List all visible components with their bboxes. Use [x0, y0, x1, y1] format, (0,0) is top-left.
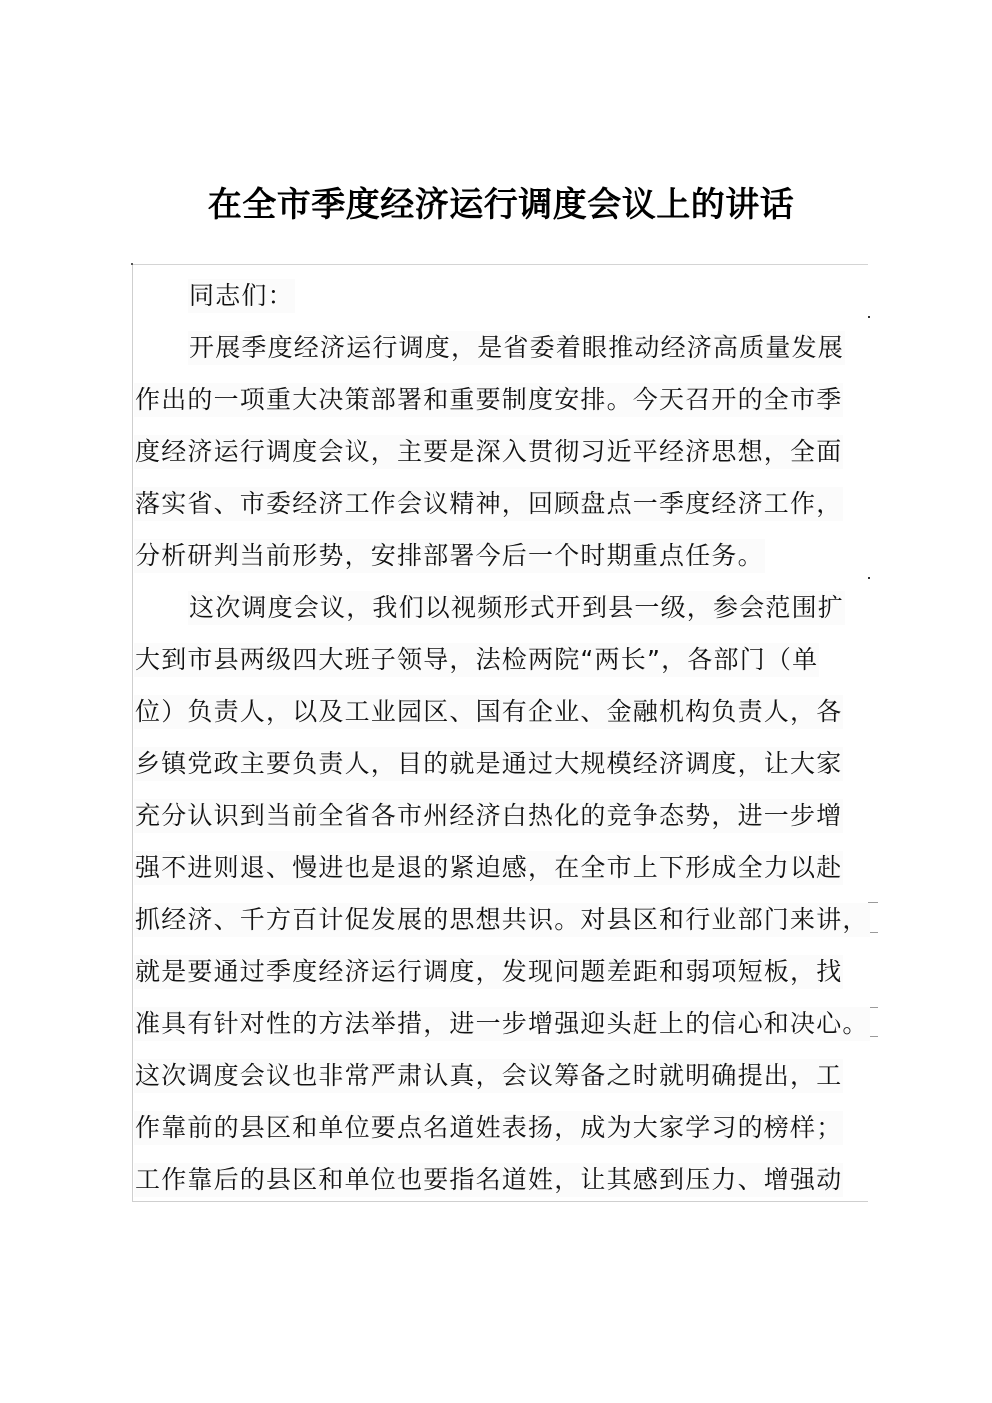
- text-line: 作出的一项重大决策部署和重要制度安排。今天召开的全市季: [134, 374, 874, 426]
- text-line-content: 度经济运行调度会议，主要是深入贯彻习近平经济思想，全面: [134, 435, 843, 469]
- text-line-content: 强不进则退、慢进也是退的紧迫感，在全市上下形成全力以赴: [134, 851, 843, 885]
- text-line-content: 就是要通过季度经济运行调度，发现问题差距和弱项短板，找: [134, 955, 843, 989]
- page-title: 在全市季度经济运行调度会议上的讲话: [0, 180, 992, 230]
- text-line-content: 落实省、市委经济工作会议精神，回顾盘点一季度经济工作，: [134, 487, 843, 521]
- text-line: 分析研判当前形势，安排部署今后一个时期重点任务。: [134, 530, 874, 582]
- text-line: 准具有针对性的方法举措，进一步增强迎头赶上的信心和决心。: [134, 998, 874, 1050]
- text-line: 抓经济、千方百计促发展的思想共识。对县区和行业部门来讲，: [134, 894, 874, 946]
- text-line-content: 这次调度会议，我们以视频形式开到县一级，参会范围扩: [188, 591, 845, 625]
- text-line: 开展季度经济运行调度，是省委着眼推动经济高质量发展: [134, 322, 874, 374]
- text-line: 作靠前的县区和单位要点名道姓表扬，成为大家学习的榜样；: [134, 1102, 874, 1154]
- text-line-content: 这次调度会议也非常严肃认真，会议筹备之时就明确提出，工: [134, 1059, 843, 1093]
- text-line: 位）负责人，以及工业园区、国有企业、金融机构负责人，各: [134, 686, 874, 738]
- frame-corner-marker: [131, 263, 133, 265]
- text-line: 充分认识到当前全省各市州经济白热化的竞争态势，进一步增: [134, 790, 874, 842]
- text-line: 强不进则退、慢进也是退的紧迫感，在全市上下形成全力以赴: [134, 842, 874, 894]
- text-line: 工作靠后的县区和单位也要指名道姓，让其感到压力、增强动: [134, 1154, 874, 1206]
- text-line-content: 开展季度经济运行调度，是省委着眼推动经济高质量发展: [188, 331, 845, 365]
- text-line: 这次调度会议也非常严肃认真，会议筹备之时就明确提出，工: [134, 1050, 874, 1102]
- document-body: 同志们： 开展季度经济运行调度，是省委着眼推动经济高质量发展 作出的一项重大决策…: [134, 270, 874, 1206]
- text-line: 就是要通过季度经济运行调度，发现问题差距和弱项短板，找: [134, 946, 874, 998]
- text-line: 这次调度会议，我们以视频形式开到县一级，参会范围扩: [134, 582, 874, 634]
- text-line-content: 抓经济、千方百计促发展的思想共识。对县区和行业部门来讲，: [134, 903, 870, 937]
- text-line: 度经济运行调度会议，主要是深入贯彻习近平经济思想，全面: [134, 426, 874, 478]
- text-line: 落实省、市委经济工作会议精神，回顾盘点一季度经济工作，: [134, 478, 874, 530]
- text-line-content: 同志们：: [188, 279, 295, 313]
- text-line-content: 工作靠后的县区和单位也要指名道姓，让其感到压力、增强动: [134, 1163, 843, 1197]
- text-line-content: 准具有针对性的方法举措，进一步增强迎头赶上的信心和决心。: [134, 1007, 870, 1041]
- text-line: 同志们：: [134, 270, 874, 322]
- text-line-content: 乡镇党政主要负责人，目的就是通过大规模经济调度，让大家: [134, 747, 843, 781]
- text-line-content: 作靠前的县区和单位要点名道姓表扬，成为大家学习的榜样；: [134, 1111, 843, 1145]
- text-line-content: 充分认识到当前全省各市州经济白热化的竞争态势，进一步增: [134, 799, 843, 833]
- text-line: 大到市县两级四大班子领导，法检两院“两长”，各部门（单: [134, 634, 874, 686]
- text-line-content: 分析研判当前形势，安排部署今后一个时期重点任务。: [134, 539, 765, 573]
- text-line-content: 大到市县两级四大班子领导，法检两院“两长”，各部门（单: [134, 643, 819, 677]
- text-line: 乡镇党政主要负责人，目的就是通过大规模经济调度，让大家: [134, 738, 874, 790]
- text-line-content: 作出的一项重大决策部署和重要制度安排。今天召开的全市季: [134, 383, 843, 417]
- text-line-content: 位）负责人，以及工业园区、国有企业、金融机构负责人，各: [134, 695, 843, 729]
